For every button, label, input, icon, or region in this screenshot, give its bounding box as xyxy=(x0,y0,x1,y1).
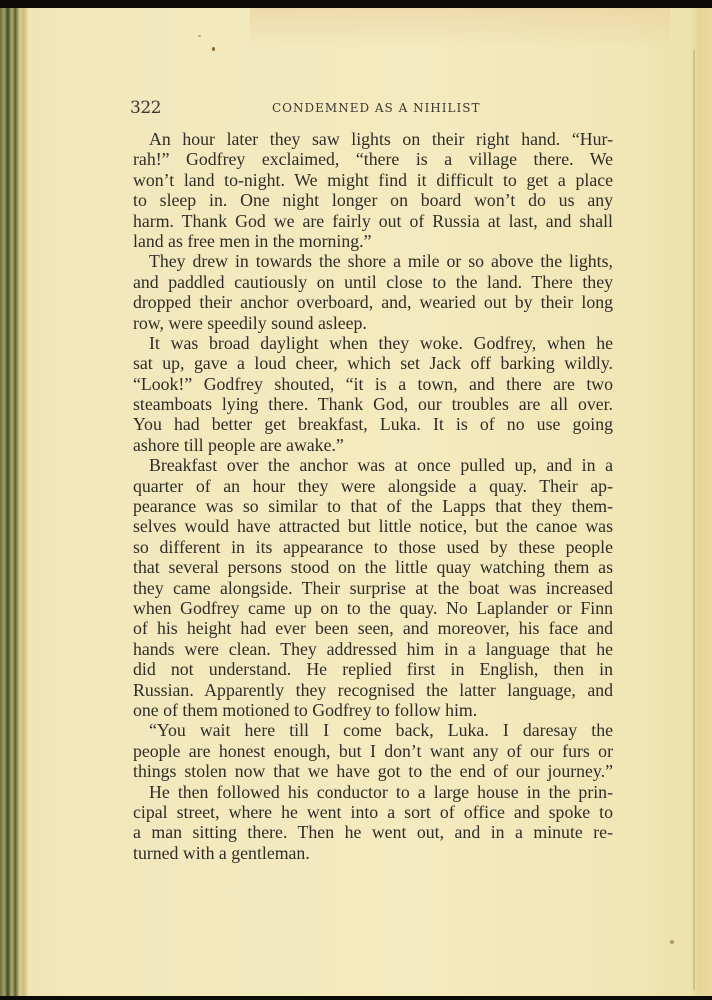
text-line: You had better get breakfast, Luka. It i… xyxy=(133,414,613,434)
paragraph: He then followed his conductor to a larg… xyxy=(133,782,613,864)
text-line: They drew in towards the shore a mile or… xyxy=(133,251,613,271)
text-line: things stolen now that we have got to th… xyxy=(133,761,613,781)
book-spine-edge xyxy=(0,8,28,996)
paragraph: Breakfast over the anchor was at once pu… xyxy=(133,455,613,720)
text-line: ashore till people are awake.” xyxy=(133,435,613,455)
page-discoloration xyxy=(250,8,670,48)
text-line: so different in its appearance to those … xyxy=(133,537,613,557)
text-line: pearance was so similar to that of the L… xyxy=(133,496,613,516)
page-crease xyxy=(693,50,695,990)
ink-stain xyxy=(212,47,215,51)
text-line: that several persons stood on the little… xyxy=(133,557,613,577)
text-line: turned with a gentleman. xyxy=(133,843,613,863)
ink-stain xyxy=(670,940,674,944)
text-line: Russian. Apparently they recognised the … xyxy=(133,680,613,700)
text-line: when Godfrey came up on to the quay. No … xyxy=(133,598,613,618)
text-line: An hour later they saw lights on their r… xyxy=(133,129,613,149)
ink-stain xyxy=(198,35,201,37)
body-text: An hour later they saw lights on their r… xyxy=(133,129,613,863)
text-line: Breakfast over the anchor was at once pu… xyxy=(133,455,613,475)
text-line: won’t land to-night. We might find it di… xyxy=(133,170,613,190)
paragraph: They drew in towards the shore a mile or… xyxy=(133,251,613,333)
text-line: of his height had ever been seen, and mo… xyxy=(133,618,613,638)
text-line: steamboats lying there. Thank God, our t… xyxy=(133,394,613,414)
running-title: CONDEMNED AS A NIHILIST xyxy=(272,101,480,115)
text-line: row, were speedily sound asleep. xyxy=(133,313,613,333)
text-line: dropped their anchor overboard, and, wea… xyxy=(133,292,613,312)
text-line: “Look!” Godfrey shouted, “it is a town, … xyxy=(133,374,613,394)
text-line: and paddled cautiously on until close to… xyxy=(133,272,613,292)
text-line: selves would have attracted but little n… xyxy=(133,516,613,536)
text-line: they came alongside. Their surprise at t… xyxy=(133,578,613,598)
text-line: rah!” Godfrey exclaimed, “there is a vil… xyxy=(133,149,613,169)
paragraph: “You wait here till I come back, Luka. I… xyxy=(133,720,613,781)
text-line: “You wait here till I come back, Luka. I… xyxy=(133,720,613,740)
text-line: He then followed his conductor to a larg… xyxy=(133,782,613,802)
text-line: people are honest enough, but I don’t wa… xyxy=(133,741,613,761)
text-line: harm. Thank God we are fairly out of Rus… xyxy=(133,211,613,231)
scan-border-bottom xyxy=(0,996,712,1000)
text-line: hands were clean. They addressed him in … xyxy=(133,639,613,659)
text-line: cipal street, where he went into a sort … xyxy=(133,802,613,822)
text-line: a man sitting there. Then he went out, a… xyxy=(133,822,613,842)
running-head: 322 CONDEMNED AS A NIHILIST xyxy=(130,98,610,118)
page-number: 322 xyxy=(130,98,161,118)
text-line: to sleep in. One night longer on board w… xyxy=(133,190,613,210)
text-line: land as free men in the morning.” xyxy=(133,231,613,251)
text-line: did not understand. He replied first in … xyxy=(133,659,613,679)
paragraph: It was broad daylight when they woke. Go… xyxy=(133,333,613,455)
paragraph: An hour later they saw lights on their r… xyxy=(133,129,613,251)
text-line: one of them motioned to Godfrey to follo… xyxy=(133,700,613,720)
text-line: It was broad daylight when they woke. Go… xyxy=(133,333,613,353)
text-line: quarter of an hour they were alongside a… xyxy=(133,476,613,496)
text-line: sat up, gave a loud cheer, which set Jac… xyxy=(133,353,613,373)
